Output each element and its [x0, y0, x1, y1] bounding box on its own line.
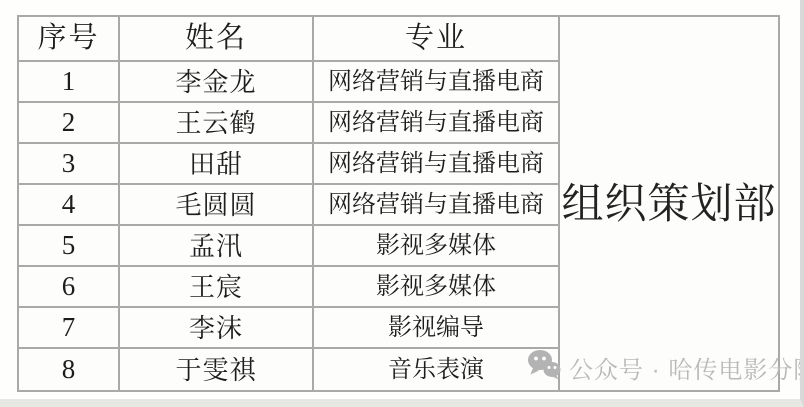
major-cell: 影视多媒体 [314, 267, 560, 308]
major-cell: 网络营销与直播电商 [314, 103, 560, 144]
watermark: 公众号 · 哈传电影分院 [527, 350, 804, 384]
header-name: 姓名 [120, 17, 314, 62]
row-number-cell: 1 [19, 62, 120, 103]
major-cell: 网络营销与直播电商 [314, 185, 560, 226]
member-roster-table: 组织策划部 序号 姓名 专业 1 李金龙 网络营销与直播电商 2 王云鹤 网络营… [17, 15, 780, 392]
name-cell: 李金龙 [120, 62, 314, 103]
wechat-icon [527, 349, 561, 385]
row-number-cell: 2 [19, 103, 120, 144]
name-cell: 毛圆圆 [120, 185, 314, 226]
row-number-cell: 5 [19, 226, 120, 267]
row-number-cell: 8 [19, 349, 120, 390]
watermark-text: 公众号 · 哈传电影分院 [569, 350, 804, 385]
name-cell: 田甜 [120, 144, 314, 185]
name-cell: 李沫 [120, 308, 314, 349]
row-number-cell: 4 [19, 185, 120, 226]
document-page: 组织策划部 序号 姓名 专业 1 李金龙 网络营销与直播电商 2 王云鹤 网络营… [0, 0, 804, 407]
row-number-cell: 6 [19, 267, 120, 308]
major-cell: 影视多媒体 [314, 226, 560, 267]
row-number-cell: 3 [19, 144, 120, 185]
major-cell: 网络营销与直播电商 [314, 144, 560, 185]
name-cell: 王云鹤 [120, 103, 314, 144]
name-cell: 孟汛 [120, 226, 314, 267]
name-cell: 王宸 [120, 267, 314, 308]
row-number-cell: 7 [19, 308, 120, 349]
major-cell: 音乐表演 [314, 349, 560, 390]
name-cell: 于雯祺 [120, 349, 314, 390]
department-merged-cell: 组织策划部 [560, 17, 778, 390]
header-no: 序号 [19, 17, 120, 62]
major-cell: 网络营销与直播电商 [314, 62, 560, 103]
header-major: 专业 [314, 17, 560, 62]
major-cell: 影视编导 [314, 308, 560, 349]
